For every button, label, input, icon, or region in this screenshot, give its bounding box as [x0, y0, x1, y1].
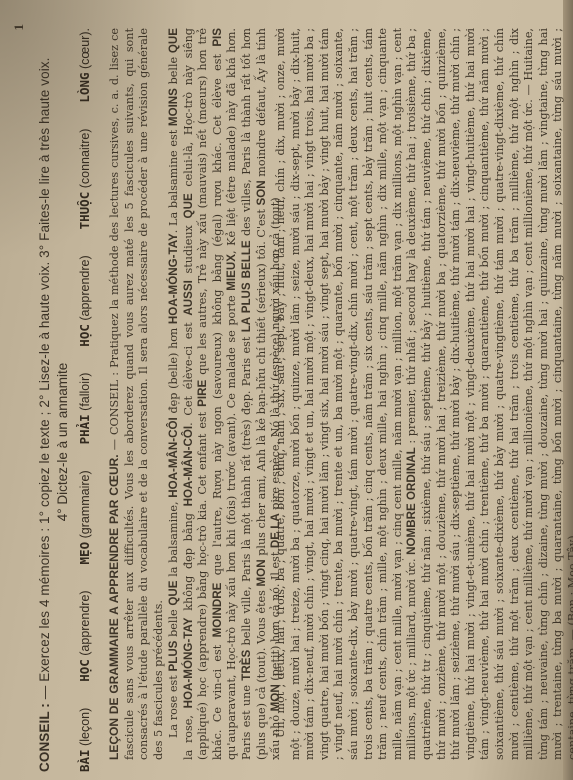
numbers-paragraph: Un, một ; deux, hai ; trois, ba ; quatre…	[274, 28, 573, 760]
comparison-text: La rose est PLUS belle QUE la balsamine,…	[167, 28, 282, 760]
exercise-instructions: CONSEIL : — Exercez les 4 mémoires : 1° …	[36, 52, 72, 772]
instructions-line-1: CONSEIL : — Exercez les 4 mémoires : 1° …	[36, 52, 54, 772]
lesson-title: BÀI (leçon)HỌC (apprendre)MẸO (grammaire…	[78, 28, 93, 772]
title-word: HỌC (apprendre)	[78, 255, 93, 346]
lesson-advice: LEÇON DE GRAMMAIRE A APPRENDRE PAR CŒUR.…	[107, 28, 166, 760]
title-word: LÒNG (cœur).	[78, 28, 93, 103]
title-word: BÀI (leçon)	[78, 708, 93, 772]
instructions-line-2: 4° Dictez-le à un annamite	[54, 52, 72, 772]
page-number: 1	[12, 24, 27, 31]
lesson-title-words: BÀI (leçon)HỌC (apprendre)MẸO (grammaire…	[78, 28, 93, 772]
instructions-text: — Exercez les 4 mémoires : 1° copiez le …	[37, 58, 52, 700]
conseil-label: CONSEIL :	[37, 703, 52, 772]
title-word: PHẢI (falloir)	[78, 373, 93, 445]
lesson-heading: LEÇON DE GRAMMAIRE A APPRENDRE PAR CŒUR.	[107, 454, 121, 760]
title-word: HỌC (apprendre)	[78, 590, 93, 681]
lesson-conseil-label: — CONSEIL :	[108, 372, 121, 450]
title-word: THUỘC (connaitre)	[78, 129, 93, 230]
title-word: MẸO (grammaire)	[78, 470, 93, 564]
comparison-paragraph: La rose est PLUS belle QUE la balsamine,…	[167, 28, 284, 760]
numbers-text: Un, một ; deux, hai ; trois, ba ; quatre…	[274, 28, 573, 760]
document-page: 1 CONSEIL : — Exercez les 4 mémoires : 1…	[12, 12, 552, 772]
